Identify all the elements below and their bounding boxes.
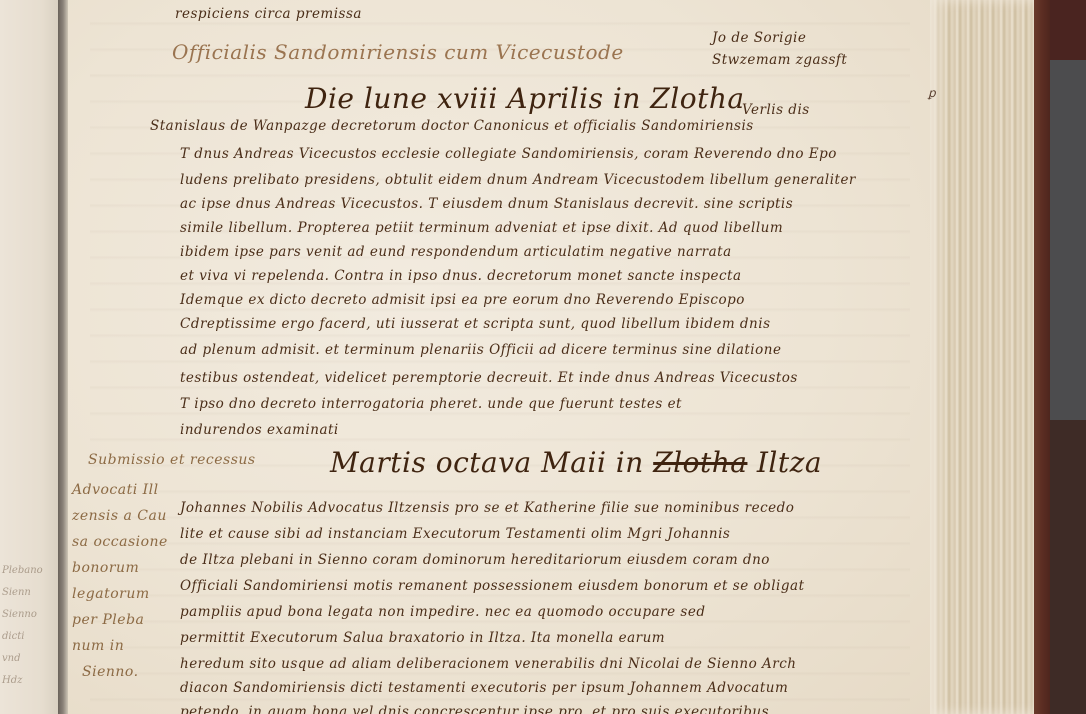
right-margin-mark: ꝑ bbox=[928, 86, 936, 100]
manuscript-photo: Plebano Sienn Sienno dicti vnd Hdz respi… bbox=[0, 0, 1086, 714]
rubric-heading: Officialis Sandomiriensis cum Vicecustod… bbox=[172, 40, 624, 64]
margin-note-line: sa occasione bbox=[72, 534, 168, 550]
entry1-line: T dnus Andreas Vicecustos ecclesie colle… bbox=[180, 146, 837, 162]
top-fragment-continuation: respiciens circa premissa bbox=[175, 6, 362, 22]
entry1-line: simile libellum. Propterea petiit termin… bbox=[180, 220, 783, 236]
entry2-line: Officiali Sandomiriensi motis remanent p… bbox=[180, 578, 805, 594]
entry2-line: diacon Sandomiriensis dicti testamenti e… bbox=[180, 680, 788, 696]
entry2-line: petendo. in quam bona vel dnis concresce… bbox=[180, 704, 769, 714]
margin-note-line: Submissio et recessus bbox=[88, 452, 256, 468]
entry2-line: de Iltza plebani in Sienno coram dominor… bbox=[180, 552, 770, 568]
entry2-line: pampliis apud bona legata non impedire. … bbox=[180, 604, 705, 620]
margin-note-line: per Pleba bbox=[72, 612, 144, 628]
entry1-line: ac ipse dnus Andreas Vicecustos. T eiusd… bbox=[180, 196, 793, 212]
entry1-line: ibidem ipse pars venit ad eund responden… bbox=[180, 244, 732, 260]
entry2-struck-word: Zlotha bbox=[653, 446, 747, 479]
margin-note-line: num in bbox=[72, 638, 124, 654]
margin-note-line: bonorum bbox=[72, 560, 139, 576]
entry2-date-part2: Iltza bbox=[757, 446, 822, 479]
left-note: Hdz bbox=[2, 670, 58, 692]
background-surface bbox=[1050, 60, 1086, 420]
left-note: Plebano bbox=[2, 560, 58, 582]
margin-note-line: Sienno. bbox=[82, 664, 139, 680]
binding-corner-bottom bbox=[1050, 420, 1086, 714]
entry2-line: Johannes Nobilis Advocatus Iltzensis pro… bbox=[180, 500, 794, 516]
left-page-faint-notes: Plebano Sienn Sienno dicti vnd Hdz bbox=[2, 560, 58, 692]
left-note: Sienno bbox=[2, 604, 58, 626]
left-facing-page: Plebano Sienn Sienno dicti vnd Hdz bbox=[0, 0, 60, 714]
entry1-line: T ipso dno decreto interrogatoria pheret… bbox=[180, 396, 682, 412]
top-right-note-line-1: Jo de Sorigie bbox=[712, 30, 806, 46]
page-edge-stack bbox=[930, 0, 1036, 714]
entry1-line: indurendos examinati bbox=[180, 422, 339, 438]
margin-note-line: Advocati Ill bbox=[72, 482, 159, 498]
left-note: vnd bbox=[2, 648, 58, 670]
top-right-note-line-2: Stwzemam zgassft bbox=[712, 52, 847, 68]
margin-note-line: zensis a Cau bbox=[72, 508, 167, 524]
entry2-line: heredum sito usque ad aliam deliberacion… bbox=[180, 656, 796, 672]
book-gutter bbox=[58, 0, 68, 714]
entry1-line: testibus ostendeat, videlicet peremptori… bbox=[180, 370, 798, 386]
entry2-line: lite et cause sibi ad instanciam Executo… bbox=[180, 526, 730, 542]
entry2-date-part1: Martis octava Maii in bbox=[330, 446, 644, 479]
entry2-date-heading: Martis octava Maii in Zlotha Iltza bbox=[330, 446, 822, 479]
entry1-line: Cdreptissime ergo facerd, uti iusserat e… bbox=[180, 316, 771, 332]
entry1-date-heading: Die lune xviii Aprilis in Zlotha bbox=[305, 82, 745, 115]
binding-corner-top bbox=[1050, 0, 1086, 60]
entry1-line: ludens prelibato presidens, obtulit eide… bbox=[180, 172, 856, 188]
entry1-line: ad plenum admisit. et terminum plenariis… bbox=[180, 342, 781, 358]
entry2-line: permittit Executorum Salua braxatorio in… bbox=[180, 630, 665, 646]
entry1-line: et viva vi repelenda. Contra in ipso dnu… bbox=[180, 268, 742, 284]
left-note: Sienn bbox=[2, 582, 58, 604]
left-note: dicti bbox=[2, 626, 58, 648]
entry1-line: Idemque ex dicto decreto admisit ipsi ea… bbox=[180, 292, 745, 308]
entry1-line: Stanislaus de Wanpazge decretorum doctor… bbox=[150, 118, 754, 134]
margin-note-line: legatorum bbox=[72, 586, 150, 602]
entry1-date-tail: Verlis dis bbox=[742, 102, 810, 118]
